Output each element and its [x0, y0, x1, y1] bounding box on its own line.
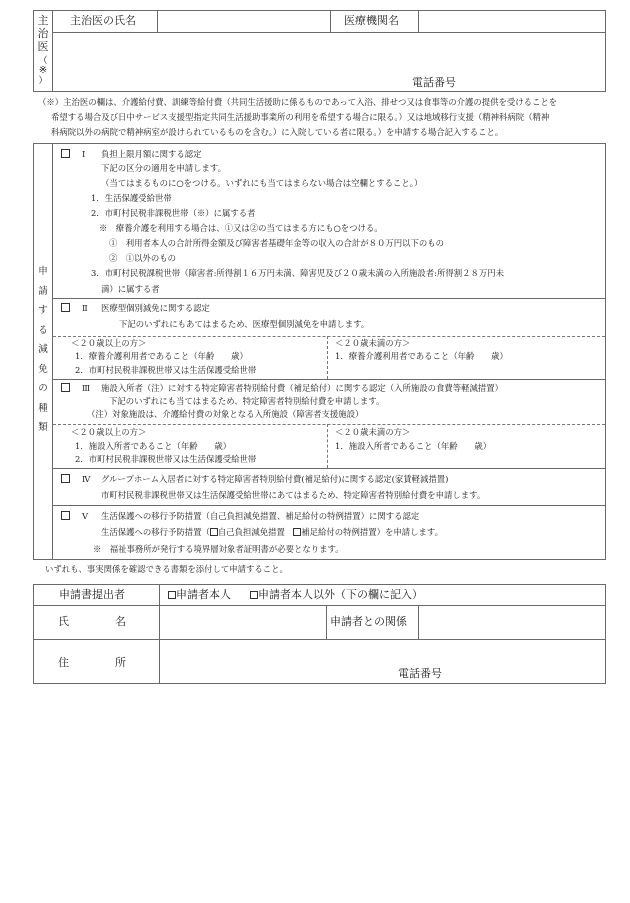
side-label-char: 主 [35, 14, 51, 27]
side-label-char: の [35, 379, 51, 399]
name-label: 氏 名 [58, 616, 128, 628]
relation-field[interactable] [419, 606, 605, 638]
submitter-option-self[interactable]: 申請者本人 [168, 589, 231, 601]
doctor-note-line: 希望する場合及び日中サービス支援型指定共同生活援助事業所の利用を希望する場合に限… [51, 112, 549, 122]
side-label-char: 免 [35, 360, 51, 380]
section1-note: ※ 療養介護を利用する場合は、①又は②の当てはまる方にも○をつける。 [99, 223, 383, 233]
section2-right-header: ＜２０歳未満の方＞ [335, 338, 410, 348]
side-label-char: る [35, 321, 51, 341]
section3-left-header: ＜２０歳以上の方＞ [71, 427, 146, 437]
section3-line1: 下記のいずれにも当てはまるため、特定障害者特別給付費を申請します。 [109, 396, 384, 406]
section3-numeral: Ⅲ [82, 383, 90, 393]
side-label-char: 類 [35, 418, 51, 438]
section5-checkbox[interactable] [61, 511, 70, 520]
option2-label: 補足給付の特例措置 [301, 527, 376, 537]
side-label-char: 種 [35, 399, 51, 419]
section1-sub2: ② ①以外のもの [109, 253, 176, 263]
section2-numeral: Ⅱ [82, 303, 88, 313]
section4-line1: 市町村民税非課税世帯又は生活保護受給世帯にあてはまるため、特定障害者特別給付費を… [101, 490, 485, 500]
section3-right-header: ＜２０歳未満の方＞ [335, 427, 410, 437]
section4-title: グループホーム入居者に対する特定障害者特別給付費(補足給付)に関する認定(家賃軽… [101, 474, 448, 484]
side-label-char: す [35, 301, 51, 321]
section3-title: 施設入所者（注）に対する特定障害者特別給付費（補足給付）に関する認定（入所施設の… [101, 383, 503, 393]
section5-line1-post: ）を申請します。 [377, 527, 443, 537]
section1-line1: 下記の区分の適用を申請します。 [101, 163, 226, 173]
side-label-char: 医 [35, 40, 51, 53]
address-label: 住 所 [58, 657, 128, 669]
address-field[interactable] [160, 640, 605, 683]
section1-line2: （当てはまるものに○をつける。いずれにも当てはまらない場合は空欄とすること。） [101, 178, 422, 188]
reduction-side-label: 申 請 す る 減 免 の 種 類 [35, 262, 51, 438]
doctor-name-field[interactable] [158, 11, 329, 31]
name-label-char: 氏 [58, 615, 69, 628]
section2-left-item1: 1．療養介護利用者であること（年齢 歳） [75, 351, 248, 361]
submitter-phone-label: 電話番号 [398, 668, 442, 680]
section2: Ⅱ 医療型個別減免に関する認定 下記のいずれにもあてはまるため、医療型個別減免を… [53, 299, 605, 379]
institution-field[interactable] [419, 11, 605, 31]
section5: Ⅴ 生活保護への移行予防措置（自己負担減免措置、補足給付の特例措置）に関する認定… [53, 506, 605, 560]
name-label-char: 名 [115, 616, 126, 628]
divider [330, 10, 331, 32]
section2-checkbox[interactable] [61, 303, 70, 312]
dashed-divider [327, 424, 328, 468]
attachment-note: いずれも、事実関係を確認できる書類を添付して申請すること。 [45, 564, 288, 574]
section1-item1: 1．生活保護受給世帯 [91, 193, 172, 203]
section2-left-item2: 2．市町村民税非課税世帯又は生活保護受給世帯 [75, 365, 256, 375]
section2-line1: 下記のいずれにもあてはまるため、医療型個別減免を申請します。 [119, 319, 369, 329]
divider [326, 605, 327, 639]
address-label-char: 所 [115, 657, 126, 669]
dashed-divider [53, 424, 605, 425]
section3-checkbox[interactable] [61, 383, 70, 392]
section5-numeral: Ⅴ [82, 511, 88, 521]
side-label-char: 治 [35, 27, 51, 40]
address-label-char: 住 [58, 656, 69, 669]
other-label: 申請者本人以外（下の欄に記入） [258, 588, 423, 601]
doctor-note-line: （※）主治医の欄は、介護給付費、訓練等給付費（共同生活援助に係るものであって入浴… [38, 97, 557, 107]
institution-label: 医療機関名 [344, 15, 399, 27]
side-label-char: 減 [35, 340, 51, 360]
option1-checkbox[interactable] [210, 528, 218, 536]
section2-title: 医療型個別減免に関する認定 [101, 303, 210, 313]
section1-item3: 3．市町村民税課税世帯（障害者:所得割１６万円未満、障害児及び２０歳未満の入所施… [91, 268, 504, 278]
section3-left-item1: 1．施設入所者であること（年齢 歳） [75, 441, 231, 451]
relation-label: 申請者との関係 [330, 616, 407, 628]
doctor-side-label: 主 治 医 （ ※ ） [35, 14, 51, 85]
section1-sub1: ① 利用者本人の合計所得金額及び障害者基礎年金等の収入の合計が８０万円以下のもの [109, 238, 444, 248]
section3-note: （注）対象施設は、介護給付費の対象となる入所施設（障害者支援施設） [87, 409, 363, 419]
name-field[interactable] [160, 606, 325, 638]
doctor-name-label: 主治医の氏名 [70, 15, 136, 27]
section1: Ⅰ 負担上限月額に関する認定 下記の区分の適用を申請します。 （当てはまるものに… [53, 144, 605, 298]
doctor-phone-label: 電話番号 [412, 77, 456, 89]
side-label-char: 申 [35, 262, 51, 282]
section2-right-item1: 1．療養介護利用者であること（年齢 歳） [335, 351, 508, 361]
section5-title: 生活保護への移行予防措置（自己負担減免措置、補足給付の特例措置）に関する認定 [101, 511, 419, 521]
dashed-divider [327, 336, 328, 379]
doctor-note-line: 科病院以外の病院で精神病室が設けられているものを含む。）に入院している者に限る。… [51, 127, 503, 137]
section1-title: 負担上限月額に関する認定 [101, 149, 202, 159]
section4: Ⅳ グループホーム入居者に対する特定障害者特別給付費(補足給付)に関する認定(家… [53, 469, 605, 505]
section4-checkbox[interactable] [61, 474, 70, 483]
section1-item2: 2．市町村民税非課税世帯（※）に属する者 [91, 208, 255, 218]
section3-right-item1: 1．施設入所者であること（年齢 歳） [335, 441, 491, 451]
section1-item3-cont: 満）に属する者 [101, 284, 160, 294]
submitter-label: 申請書提出者 [59, 589, 125, 601]
section1-checkbox[interactable] [61, 149, 70, 158]
option1-label: 自己負担減免措置 [218, 527, 285, 537]
side-label-char: 請 [35, 282, 51, 302]
self-label: 申請者本人 [176, 588, 231, 601]
section3-left-item2: 2．市町村民税非課税世帯又は生活保護受給世帯 [75, 454, 256, 464]
section4-numeral: Ⅳ [82, 474, 90, 484]
side-label-char: ） [35, 77, 51, 85]
section1-numeral: Ⅰ [82, 149, 85, 159]
self-checkbox[interactable] [168, 591, 176, 599]
doctor-address-field[interactable] [53, 33, 605, 91]
other-checkbox[interactable] [250, 591, 258, 599]
section5-line1: 生活保護への移行予防措置（自己負担減免措置 補足給付の特例措置）を申請します。 [101, 527, 443, 537]
section5-note: ※ 福祉事務所が発行する境界層対象者証明書が必要となります。 [93, 544, 344, 554]
side-label-char: （ [35, 57, 51, 65]
section5-line1-pre: 生活保護への移行予防措置（ [101, 527, 210, 537]
section2-left-header: ＜２０歳以上の方＞ [71, 338, 146, 348]
submitter-option-other[interactable]: 申請者本人以外（下の欄に記入） [250, 589, 423, 601]
dashed-divider [53, 336, 605, 337]
